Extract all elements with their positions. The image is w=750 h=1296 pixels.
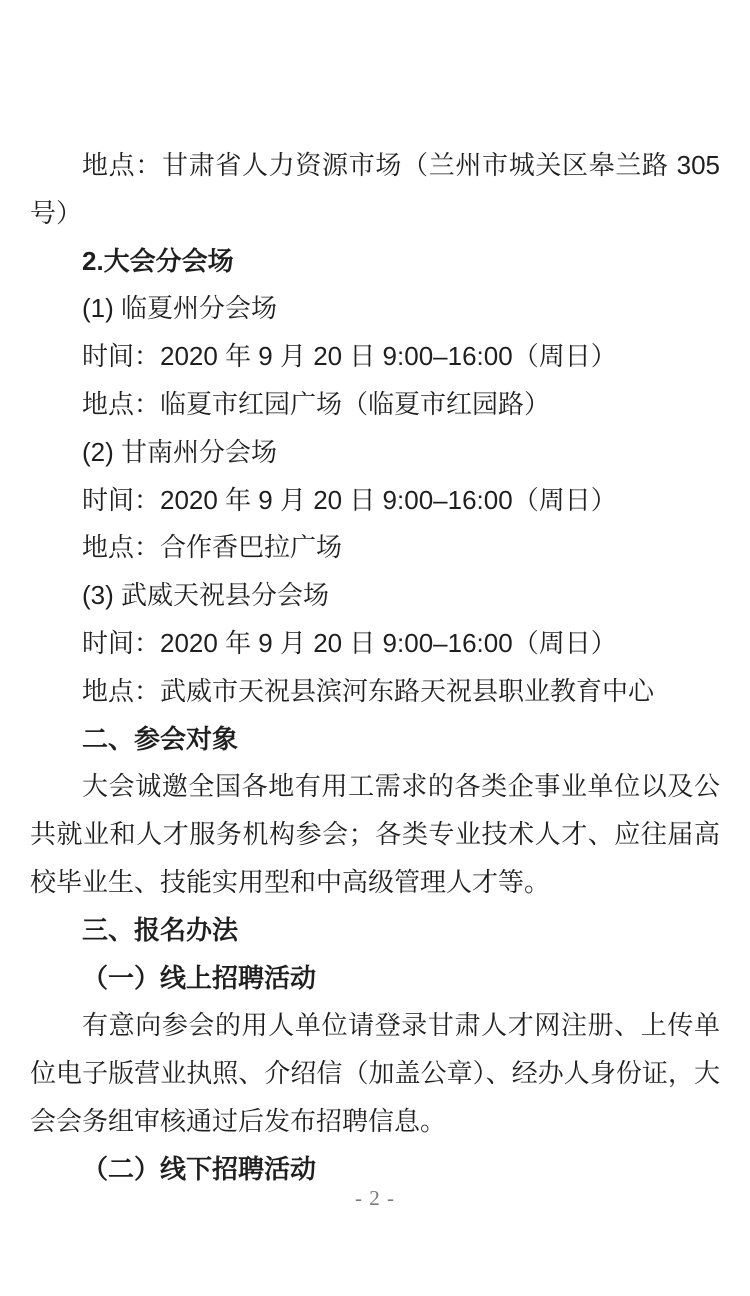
heading-paragraph: 三、报名办法: [30, 907, 720, 955]
document-paragraphs: 地点：甘肃省人力资源市场（兰州市城关区皋兰路 305 号）2.大会分会场(1) …: [30, 142, 720, 1194]
body-paragraph: 时间：2020 年 9 月 20 日 9:00–16:00（周日）: [30, 477, 720, 525]
body-paragraph: (2) 甘南州分会场: [30, 429, 720, 477]
body-paragraph: 时间：2020 年 9 月 20 日 9:00–16:00（周日）: [30, 620, 720, 668]
document-page: 地点：甘肃省人力资源市场（兰州市城关区皋兰路 305 号）2.大会分会场(1) …: [0, 0, 750, 1296]
page-number: - 2 -: [0, 1186, 750, 1211]
body-paragraph: 地点：临夏市红园广场（临夏市红园路）: [30, 381, 720, 429]
heading-paragraph: 二、参会对象: [30, 716, 720, 764]
body-paragraph: (1) 临夏州分会场: [30, 285, 720, 333]
heading-paragraph: （一）线上招聘活动: [30, 955, 720, 1003]
body-paragraph: (3) 武威天祝县分会场: [30, 572, 720, 620]
heading-paragraph: 2.大会分会场: [30, 238, 720, 286]
body-paragraph: 时间：2020 年 9 月 20 日 9:00–16:00（周日）: [30, 333, 720, 381]
body-paragraph: 地点：武威市天祝县滨河东路天祝县职业教育中心: [30, 668, 720, 716]
body-paragraph: 有意向参会的用人单位请登录甘肃人才网注册、上传单位电子版营业执照、介绍信（加盖公…: [30, 1002, 720, 1145]
body-paragraph: 地点：甘肃省人力资源市场（兰州市城关区皋兰路 305 号）: [30, 142, 720, 238]
body-paragraph: 大会诚邀全国各地有用工需求的各类企事业单位以及公共就业和人才服务机构参会；各类专…: [30, 763, 720, 906]
body-paragraph: 地点：合作香巴拉广场: [30, 524, 720, 572]
